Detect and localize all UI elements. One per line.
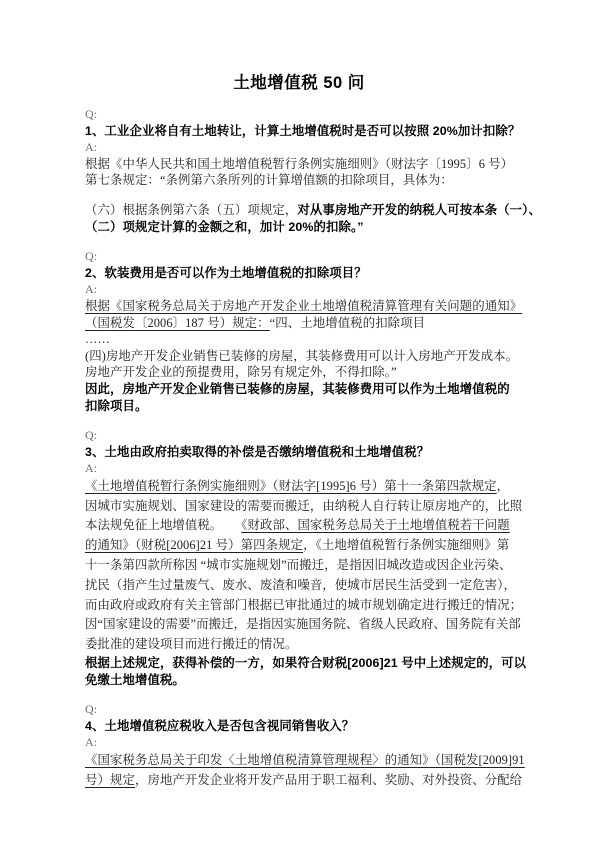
a2-label: A: [85, 281, 513, 298]
conclusion-text: 因此，房地产开发企业销售已装修的房屋，其装修费用可以作为土地增值税的 [85, 381, 513, 398]
conclusion-text: 扣除项目。 [85, 398, 513, 415]
answer-3-text: 因城市实施规划、国家建设的需要而搬迁，由纳税人自行转让原房地产的，比照 [85, 497, 513, 517]
text-run: 房地产开发企业的预提费用，除另有规定外，不得扣除。” [85, 365, 397, 379]
text-run: 根据上述规定，获得补偿的一方，如果符合财税[2006]21 号中上述规定的，可以 [85, 656, 526, 670]
answer-2-text: (四)房地产开发企业销售已装修的房屋，其装修费用可以计入房地产开发成本。 [85, 348, 513, 365]
q1-label: Q: [85, 106, 513, 123]
text-run: (四)房地产开发企业销售已装修的房屋，其装修费用可以计入房地产开发成本。 [85, 349, 518, 363]
answer-2-text: 房地产开发企业的预提费用，除另有规定外，不得扣除。” [85, 364, 513, 381]
text-run: 4、土地增值税应税收入是否包含视同销售收入？ [85, 719, 354, 733]
text-run: 的通知》（财税[2006]21 号）第四条规定 [85, 538, 303, 552]
ellipsis: …… [85, 331, 513, 348]
q4-label: Q: [85, 701, 513, 718]
text-run: Q: [85, 702, 97, 716]
text-run: 扰民（指产生过量废气、废水、废渣和噪音，使城市居民生活受到一定危害）， [85, 578, 516, 592]
text-run: 号）规定 [85, 773, 135, 787]
text-run: 3、土地由政府拍卖取得的补偿是否缴纳增值税和土地增值税？ [85, 445, 429, 459]
answer-1-text: （六）根据条例第六条（五）项规定，对从事房地产开发的纳税人可按本条（一）、 [85, 202, 513, 219]
question-4: 4、土地增值税应税收入是否包含视同销售收入？ [85, 718, 513, 735]
blank-line [85, 414, 513, 427]
text-run: …… [85, 332, 110, 346]
text-run: 本法规免征上地增值税。 [85, 518, 241, 532]
text-run: 根据《国家税务总局关于房地产开发企业土地增值税清算管理有关问题的通知》 [85, 299, 522, 313]
a3-label: A: [85, 460, 513, 477]
citation-text: 的通知》（财税[2006]21 号）第四条规定，《土地增值税暂行条例实施细则》第 [85, 536, 513, 556]
answer-3-text: 委批准的建设项目而进行搬迁的情况。 [85, 635, 513, 655]
citation-text: 根据《国家税务总局关于房地产开发企业土地增值税清算管理有关问题的通知》 [85, 298, 513, 315]
text-run: Q: [85, 249, 97, 263]
answer-1-text: 根据《中华人民共和国土地增值税暂行条例实施细则》（财法字〔1995〕6 号） [85, 156, 513, 173]
text-run: Q: [85, 107, 97, 121]
text-run: Q: [85, 428, 97, 442]
text-run: 委批准的建设项目而进行搬迁的情况。 [85, 637, 297, 651]
document-body: Q:1、工业企业将自有土地转让，计算土地增值税时是否可以按照 20%加计扣除？A… [85, 106, 513, 791]
text-run: 免缴土地增值税。 [85, 673, 185, 687]
text-run: 因城市实施规划、国家建设的需要而搬迁，由纳税人自行转让原房地产的，比照 [85, 499, 522, 513]
citation-text: 《土地增值税暂行条例实施细则》（财法字[1995]6 号）第十一条第四款规定， [85, 477, 513, 497]
text-run: 《国家税务总局关于印发〈土地增值税清算管理规程〉的通知》（国税发[2009]91 [85, 753, 525, 767]
text-run: （国税发〔2006〕187 号）规定： [85, 316, 270, 330]
conclusion-text: 根据上述规定，获得补偿的一方，如果符合财税[2006]21 号中上述规定的，可以 [85, 655, 513, 672]
question-3: 3、土地由政府拍卖取得的补偿是否缴纳增值税和土地增值税？ [85, 444, 513, 461]
question-1: 1、工业企业将自有土地转让，计算土地增值税时是否可以按照 20%加计扣除？ [85, 123, 513, 140]
blank-line [85, 235, 513, 248]
answer-1-text: （二）项规定计算的金额之和，加计 20%的扣除。” [85, 219, 513, 236]
text-run: 因“国家建设的需要”而搬迁，是指因实施国务院、省级人民政府、国务院有关部 [85, 617, 521, 631]
answer-3-text: 扰民（指产生过量废气、废水、废渣和噪音，使城市居民生活受到一定危害）， [85, 576, 513, 596]
text-run: A: [85, 282, 97, 296]
answer-3-text: 而由政府或政府有关主管部门根据已审批通过的城市规划确定进行搬迁的情况； [85, 596, 513, 616]
text-run: A: [85, 140, 97, 154]
text-run: （六）根据条例第六条（五）项规定， [85, 203, 297, 217]
answer-3-text: 因“国家建设的需要”而搬迁，是指因实施国务院、省级人民政府、国务院有关部 [85, 615, 513, 635]
text-run: 1、工业企业将自有土地转让，计算土地增值税时是否可以按照 20%加计扣除？ [85, 124, 520, 138]
text-run: 第七条规定：“条例第六条所列的计算增值额的扣除项目，具体为： [85, 173, 453, 187]
answer-3-text: 十一条第四款所称因 “城市实施规划”而搬迁，是指因旧城改造或因企业污染、 [85, 556, 513, 576]
text-run: 十一条第四款所称因 “城市实施规划”而搬迁，是指因旧城改造或因企业污染、 [85, 558, 512, 572]
document-title: 土地增值税 50 问 [85, 72, 513, 94]
citation-text: 号）规定，房地产开发企业将开发产品用于职工福利、奖励、对外投资、分配给 [85, 771, 513, 791]
answer-3-text: 本法规免征上地增值税。 《财政部、国家税务总局关于土地增值税若干问题 [85, 516, 513, 536]
text-run: ，房地产开发企业将开发产品用于职工福利、奖励、对外投资、分配给 [135, 773, 522, 787]
q3-label: Q: [85, 427, 513, 444]
text-run: A: [85, 461, 97, 475]
answer-1-text: 第七条规定：“条例第六条所列的计算增值额的扣除项目，具体为： [85, 172, 513, 189]
text-run: 《土地增值税暂行条例实施细则》（财法字[1995]6 号）第十一条第四款规定 [85, 479, 497, 493]
text-run: 扣除项目。 [85, 399, 147, 413]
a4-label: A: [85, 734, 513, 751]
text-run: 根据《中华人民共和国土地增值税暂行条例实施细则》（财法字〔1995〕6 号） [85, 157, 513, 171]
text-run: 2、软装费用是否可以作为土地增值税的扣除项目？ [85, 266, 367, 280]
text-run: “四、土地增值税的扣除项目 [270, 316, 426, 330]
a1-label: A: [85, 139, 513, 156]
citation-text: 《国家税务总局关于印发〈土地增值税清算管理规程〉的通知》（国税发[2009]91 [85, 751, 513, 771]
conclusion-text: 免缴土地增值税。 [85, 672, 513, 689]
text-run: 因此，房地产开发企业销售已装修的房屋，其装修费用可以作为土地增值税的 [85, 382, 510, 396]
citation-text: （国税发〔2006〕187 号）规定：“四、土地增值税的扣除项目 [85, 315, 513, 332]
text-run: （二）项规定计算的金额之和，加计 20%的扣除。” [85, 220, 364, 234]
blank-line [85, 189, 513, 202]
text-run: A: [85, 735, 97, 749]
document-page: 土地增值税 50 问 Q:1、工业企业将自有土地转让，计算土地增值税时是否可以按… [0, 0, 595, 841]
text-run: ， [497, 479, 510, 493]
text-run: 而由政府或政府有关主管部门根据已审批通过的城市规划确定进行搬迁的情况； [85, 598, 522, 612]
q2-label: Q: [85, 248, 513, 265]
blank-line [85, 688, 513, 701]
text-run: 《财政部、国家税务总局关于土地增值税若干问题 [241, 518, 510, 532]
text-run: 对从事房地产开发的纳税人可按本条（一）、 [297, 203, 541, 217]
question-2: 2、软装费用是否可以作为土地增值税的扣除项目？ [85, 265, 513, 282]
text-run: ，《土地增值税暂行条例实施细则》第 [303, 538, 509, 552]
